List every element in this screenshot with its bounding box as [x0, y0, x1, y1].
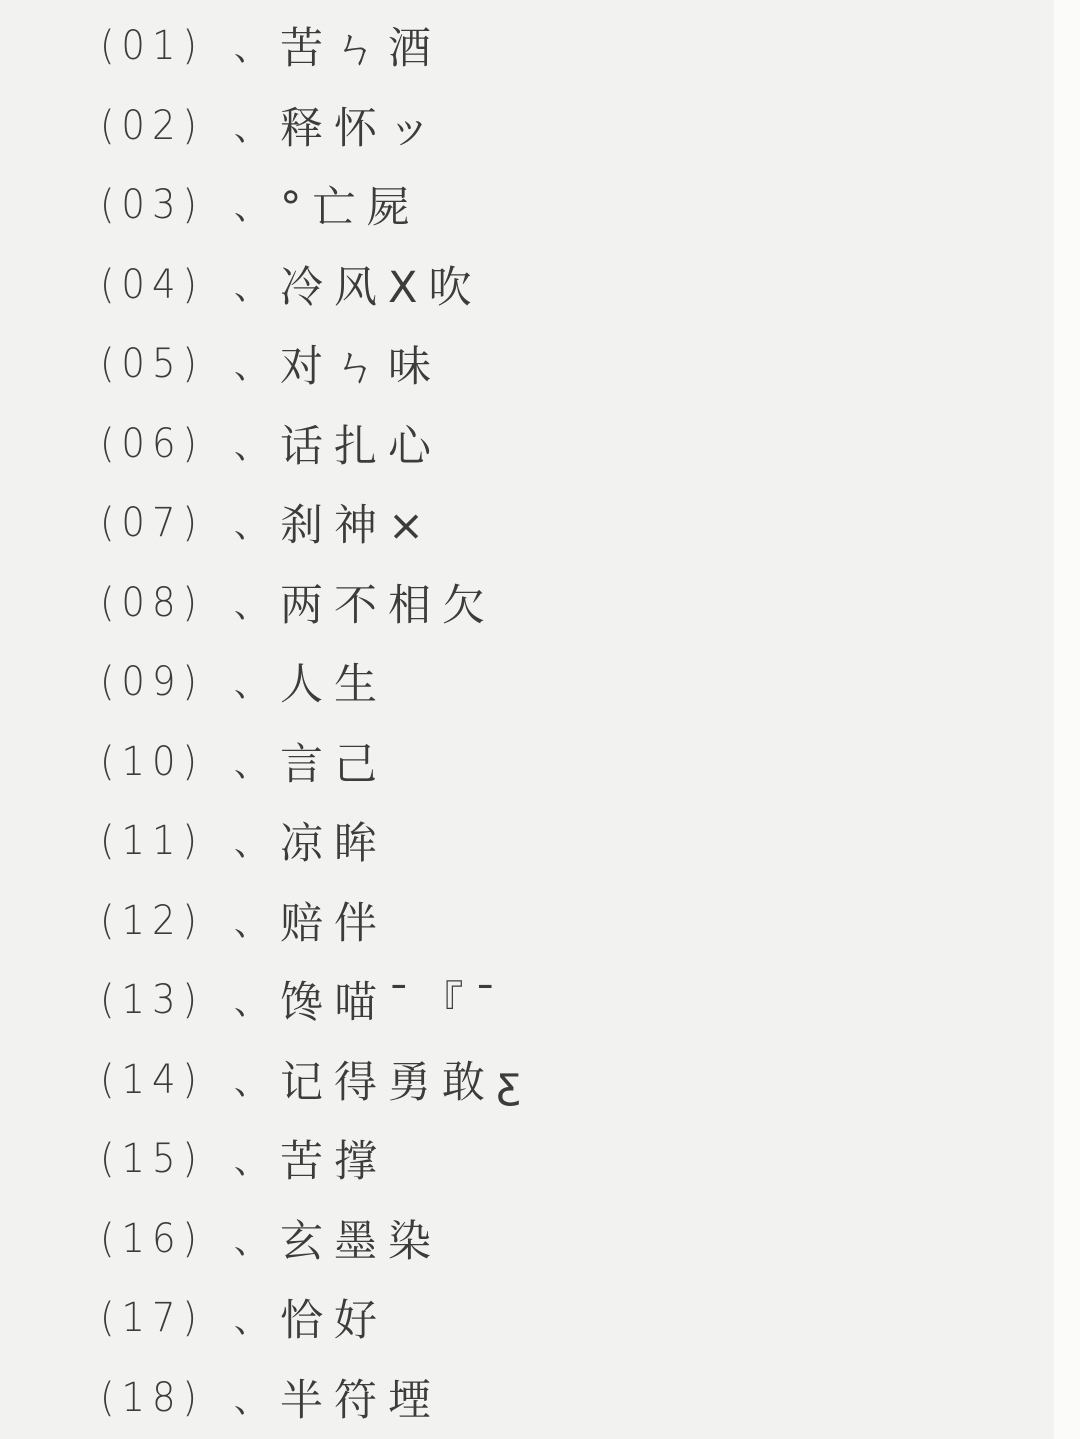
list-item: (15) 、 苦撑 — [0, 1119, 1080, 1199]
item-separator: 、 — [228, 419, 280, 468]
item-separator: 、 — [228, 1293, 280, 1342]
item-number: (17) — [100, 1295, 228, 1341]
item-name: 冷风X吹 — [280, 254, 482, 315]
item-number: (06) — [100, 420, 228, 466]
item-number: (04) — [100, 261, 228, 307]
list-item: (07) 、 刹神× — [0, 483, 1080, 563]
item-name: 苦撑 — [280, 1128, 388, 1189]
item-number: (01) — [100, 23, 228, 69]
item-separator: 、 — [228, 21, 280, 70]
item-number: (11) — [100, 818, 228, 864]
item-separator: 、 — [228, 260, 280, 309]
list-item: (16) 、 玄墨染 — [0, 1199, 1080, 1279]
item-number: (08) — [100, 579, 228, 625]
item-number: (05) — [100, 341, 228, 387]
item-separator: 、 — [228, 1214, 280, 1263]
nickname-list-page: (01) 、 苦ㄣ酒 (02) 、 释怀ッ (03) 、 °亡屍 (04) 、 … — [0, 0, 1080, 1439]
list-item: (05) 、 对ㄣ味 — [0, 324, 1080, 404]
list-item: (08) 、 两不相欠 — [0, 563, 1080, 643]
item-number: (07) — [100, 500, 228, 546]
item-number: (18) — [100, 1374, 228, 1420]
item-separator: 、 — [228, 101, 280, 150]
item-number: (10) — [100, 738, 228, 784]
item-number: (12) — [100, 897, 228, 943]
item-name: 刹神× — [280, 492, 435, 553]
list-item: (03) 、 °亡屍 — [0, 165, 1080, 245]
item-number: (14) — [100, 1056, 228, 1102]
item-name: 半符堙 — [280, 1367, 442, 1428]
item-name: 对ㄣ味 — [280, 333, 442, 394]
list-item: (10) 、 言己 — [0, 722, 1080, 802]
item-separator: 、 — [228, 1055, 280, 1104]
item-name: 恰好 — [280, 1287, 388, 1348]
item-separator: 、 — [228, 180, 280, 229]
item-separator: 、 — [228, 339, 280, 388]
nickname-list: (01) 、 苦ㄣ酒 (02) 、 释怀ッ (03) 、 °亡屍 (04) 、 … — [0, 6, 1080, 1437]
list-item: (02) 、 释怀ッ — [0, 86, 1080, 166]
item-number: (03) — [100, 182, 228, 228]
list-item: (01) 、 苦ㄣ酒 — [0, 6, 1080, 86]
item-separator: 、 — [228, 498, 280, 547]
item-name: 馋喵ˉ『ˉ — [280, 969, 507, 1030]
list-item: (04) 、 冷风X吹 — [0, 245, 1080, 325]
item-separator: 、 — [228, 1134, 280, 1183]
item-number: (15) — [100, 1136, 228, 1182]
item-name: 赔伴 — [280, 890, 388, 951]
item-name: 人生 — [280, 651, 388, 712]
item-separator: 、 — [228, 1373, 280, 1422]
list-item: (11) 、 凉眸 — [0, 801, 1080, 881]
item-separator: 、 — [228, 816, 280, 865]
item-separator: 、 — [228, 737, 280, 786]
item-name: 记得勇敢ƹ — [280, 1049, 532, 1110]
list-item: (06) 、 话扎心 — [0, 404, 1080, 484]
item-separator: 、 — [228, 578, 280, 627]
item-number: (16) — [100, 1215, 228, 1261]
list-item: (14) 、 记得勇敢ƹ — [0, 1040, 1080, 1120]
item-name: 玄墨染 — [280, 1208, 442, 1269]
list-item: (17) 、 恰好 — [0, 1278, 1080, 1358]
item-name: 话扎心 — [280, 413, 442, 474]
item-name: 凉眸 — [280, 810, 388, 871]
item-name: 言己 — [280, 731, 388, 792]
item-separator: 、 — [228, 975, 280, 1024]
item-separator: 、 — [228, 896, 280, 945]
item-name: 两不相欠 — [280, 572, 496, 633]
item-number: (02) — [100, 102, 228, 148]
list-item: (18) 、 半符堙 — [0, 1358, 1080, 1438]
item-name: °亡屍 — [280, 174, 421, 235]
list-item: (12) 、 赔伴 — [0, 881, 1080, 961]
page-edge-strip — [1054, 0, 1080, 1439]
item-separator: 、 — [228, 657, 280, 706]
item-number: (13) — [100, 977, 228, 1023]
item-number: (09) — [100, 659, 228, 705]
list-item: (09) 、 人生 — [0, 642, 1080, 722]
item-name: 释怀ッ — [280, 95, 442, 156]
item-name: 苦ㄣ酒 — [280, 15, 442, 76]
list-item: (13) 、 馋喵ˉ『ˉ — [0, 960, 1080, 1040]
